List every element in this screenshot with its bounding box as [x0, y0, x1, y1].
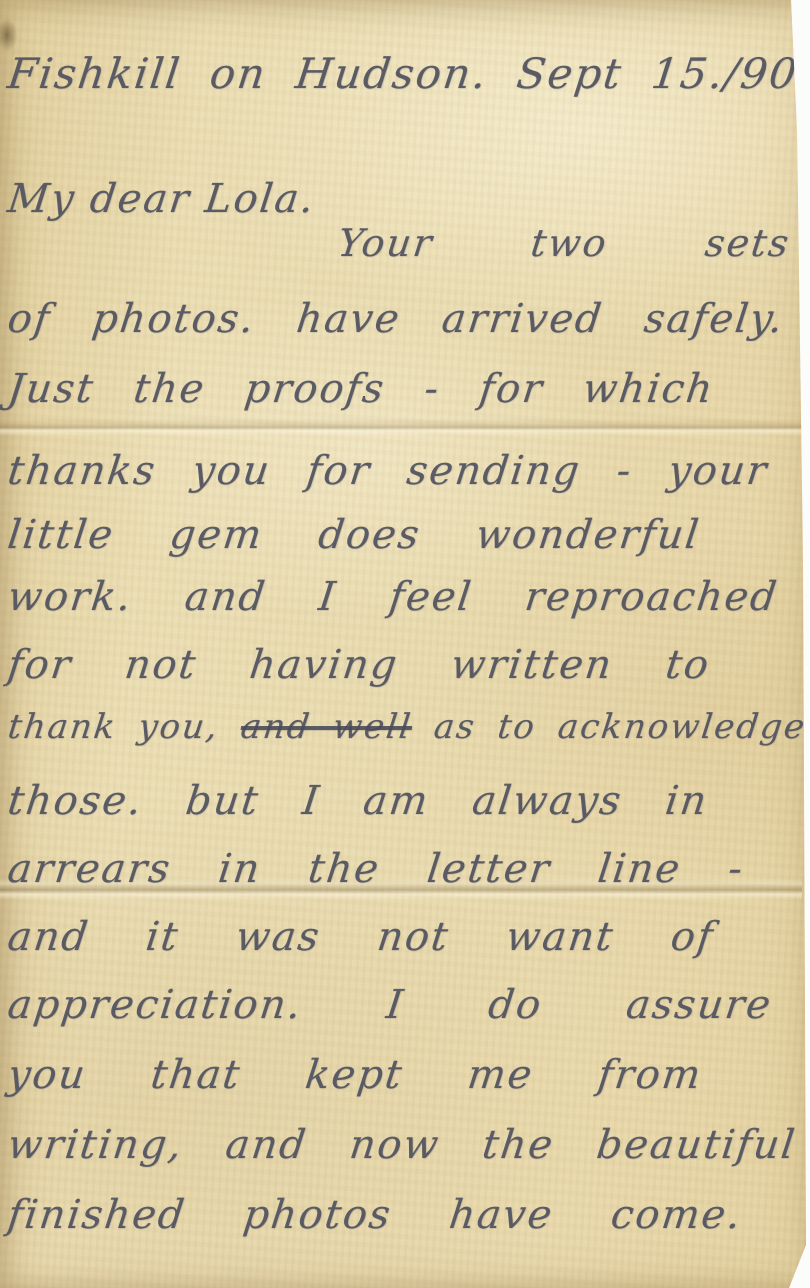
letter-line: appreciation. I do assure [5, 984, 774, 1026]
letter-opening-line: Your two sets [336, 224, 793, 264]
letter-line: those. but I am always in [5, 780, 710, 822]
letter-line: little gem does wonderful [5, 514, 702, 556]
letter-salutation: My dear Lola. [5, 178, 317, 220]
letter-line-with-correction: thank you, and well as to acknowledge [6, 710, 808, 746]
letter-line: writing, and now the beautiful [5, 1124, 798, 1166]
letter-line: thanks you for sending - your [5, 450, 770, 492]
correction-post-text: as to acknowledge [410, 707, 809, 747]
letter-paper: Fishkill on Hudson. Sept 15./90 My dear … [0, 0, 810, 1288]
struck-out-word: and well [239, 707, 415, 747]
letter-dateline: Fishkill on Hudson. Sept 15./90 [5, 52, 800, 96]
fold-crease-upper [0, 418, 802, 436]
letter-line: work. and I feel reproached [5, 576, 780, 618]
letter-line: of photos. have arrived safely. [5, 298, 786, 340]
letter-scan: Fishkill on Hudson. Sept 15./90 My dear … [0, 0, 810, 1288]
letter-line: Just the proofs - for which [5, 368, 716, 410]
letter-line: finished photos have come. [5, 1194, 744, 1236]
letter-line: and it was not want of [5, 916, 716, 958]
correction-pre-text: thank you, [6, 707, 244, 747]
letter-line: you that kept me from [5, 1054, 704, 1096]
letter-line: for not having written to [5, 644, 712, 686]
letter-line: arrears in the letter line - [5, 848, 746, 890]
